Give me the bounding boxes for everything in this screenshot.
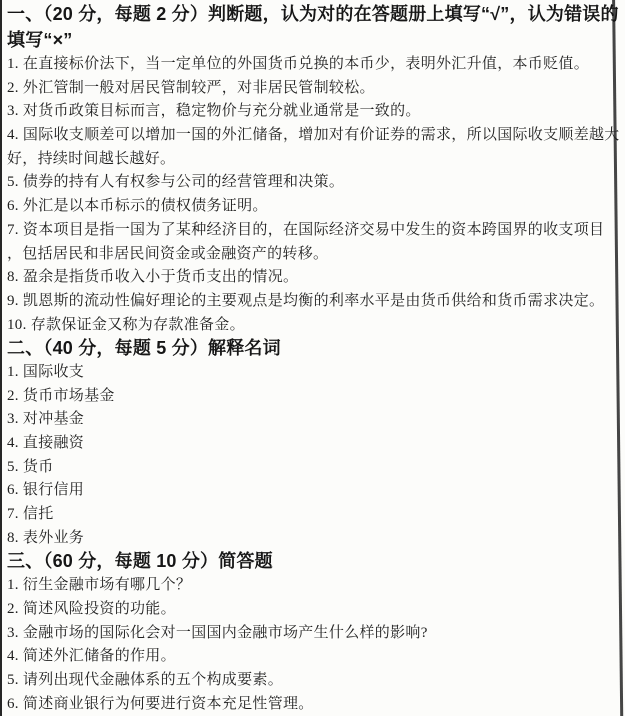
question-line: 5. 债券的持有人有权参与公司的经营管理和决策。: [7, 171, 619, 195]
section2-heading: 二、（40 分，每题 5 分）解释名词: [7, 337, 619, 361]
question-line: 1. 在直接标价法下，当一定单位的外国货币兑换的本币少，表明外汇升值，本币贬值。: [7, 53, 619, 77]
section1-heading-line2: 填写“×”: [7, 27, 619, 53]
question-line: 4. 直接融资: [7, 432, 619, 456]
question-line: 5. 请列出现代金融体系的五个构成要素。: [7, 669, 619, 693]
question-line: 4. 国际收支顺差可以增加一国的外汇储备，增加对有价证券的需求，所以国际收支顺差…: [7, 124, 619, 148]
scan-edge-left: [0, 0, 2, 716]
question-line-continuation: ，包括居民和非居民间资金或金融资产的转移。: [7, 243, 619, 267]
question-line: 4. 简述外汇储备的作用。: [7, 645, 619, 669]
question-line: 1. 国际收支: [7, 361, 619, 385]
question-line: 6. 银行信用: [7, 479, 619, 503]
exam-content: 一、（20 分，每题 2 分）判断题，认为对的在答题册上填写“√”，认为错误的请…: [7, 1, 619, 716]
section3-heading: 三、（60 分，每题 10 分）简答题: [7, 550, 619, 574]
question-line: 9. 凯恩斯的流动性偏好理论的主要观点是均衡的利率水平是由货币供给和货币需求决定…: [7, 290, 619, 314]
question-line: 10. 存款保证金又称为存款准备金。: [7, 314, 619, 338]
question-line: 6. 外汇是以本币标示的债权债务证明。: [7, 195, 619, 219]
question-line: 6. 简述商业银行为何要进行资本充足性管理。: [7, 693, 619, 716]
question-line: 7. 信托: [7, 503, 619, 527]
exam-paper-page: 一、（20 分，每题 2 分）判断题，认为对的在答题册上填写“√”，认为错误的请…: [0, 0, 625, 716]
question-line: 3. 对货币政策目标而言，稳定物价与充分就业通常是一致的。: [7, 100, 619, 124]
question-line: 8. 盈余是指货币收入小于货币支出的情况。: [7, 266, 619, 290]
question-line: 2. 简述风险投资的功能。: [7, 598, 619, 622]
question-line: 8. 表外业务: [7, 527, 619, 551]
question-line-continuation: 好，持续时间越长越好。: [7, 148, 619, 172]
question-line: 3. 对冲基金: [7, 408, 619, 432]
question-line: 7. 资本项目是指一国为了某种经济目的，在国际经济交易中发生的资本跨国界的收支项…: [7, 219, 619, 243]
question-line: 2. 外汇管制一般对居民管制较严，对非居民管制较松。: [7, 77, 619, 101]
question-line: 5. 货币: [7, 456, 619, 480]
question-line: 3. 金融市场的国际化会对一国国内金融市场产生什么样的影响?: [7, 622, 619, 646]
section1-heading-line1: 一、（20 分，每题 2 分）判断题，认为对的在答题册上填写“√”，认为错误的请: [7, 1, 619, 27]
question-line: 2. 货币市场基金: [7, 385, 619, 409]
question-line: 1. 衍生金融市场有哪几个？: [7, 574, 619, 598]
